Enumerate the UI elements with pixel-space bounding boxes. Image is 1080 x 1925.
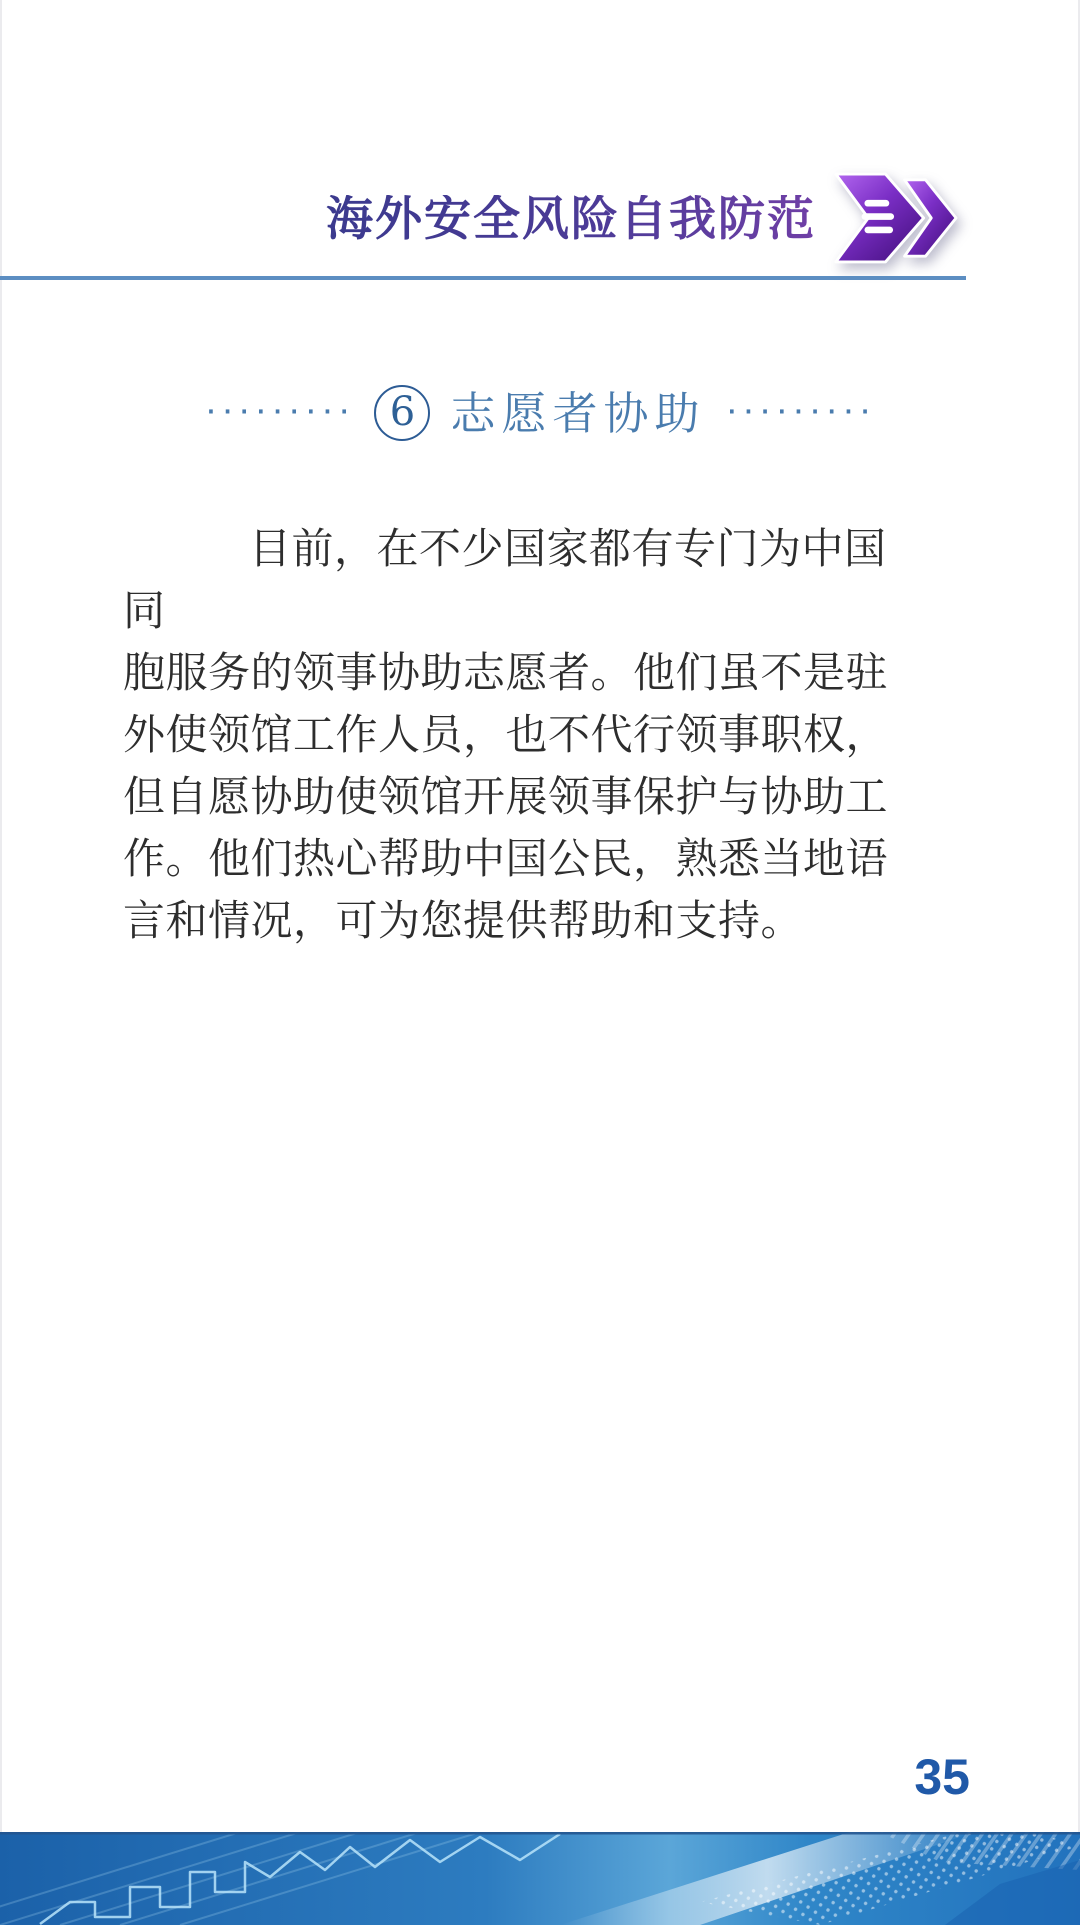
- booklet-page: 海外安全风险自我防范 ········· 6: [0, 0, 1080, 1925]
- double-chevron-menu-arrow-icon: [832, 168, 958, 268]
- footer-banner: [0, 1832, 1080, 1925]
- section-title: 志愿者协助: [450, 391, 705, 436]
- heading-dots-right: ·········: [726, 391, 876, 435]
- page-number: 35: [914, 1752, 970, 1802]
- page-header: 海外安全风险自我防范: [0, 158, 1080, 278]
- section-number-badge: 6: [374, 385, 430, 441]
- page-header-title: 海外安全风险自我防范: [326, 195, 816, 242]
- body-paragraph: 目前，在不少国家都有专门为中国同 胞服务的领事协助志愿者。他们虽不是驻 外使领馆…: [123, 518, 923, 952]
- heading-dots-left: ·········: [205, 391, 355, 435]
- footer-decoration-graphic: [0, 1832, 1080, 1925]
- header-rule-line: [0, 276, 966, 280]
- section-heading: ········· 6 志愿者协助 ·········: [0, 382, 1080, 444]
- page-edge-left: [0, 0, 2, 1925]
- section-number: 6: [390, 392, 415, 432]
